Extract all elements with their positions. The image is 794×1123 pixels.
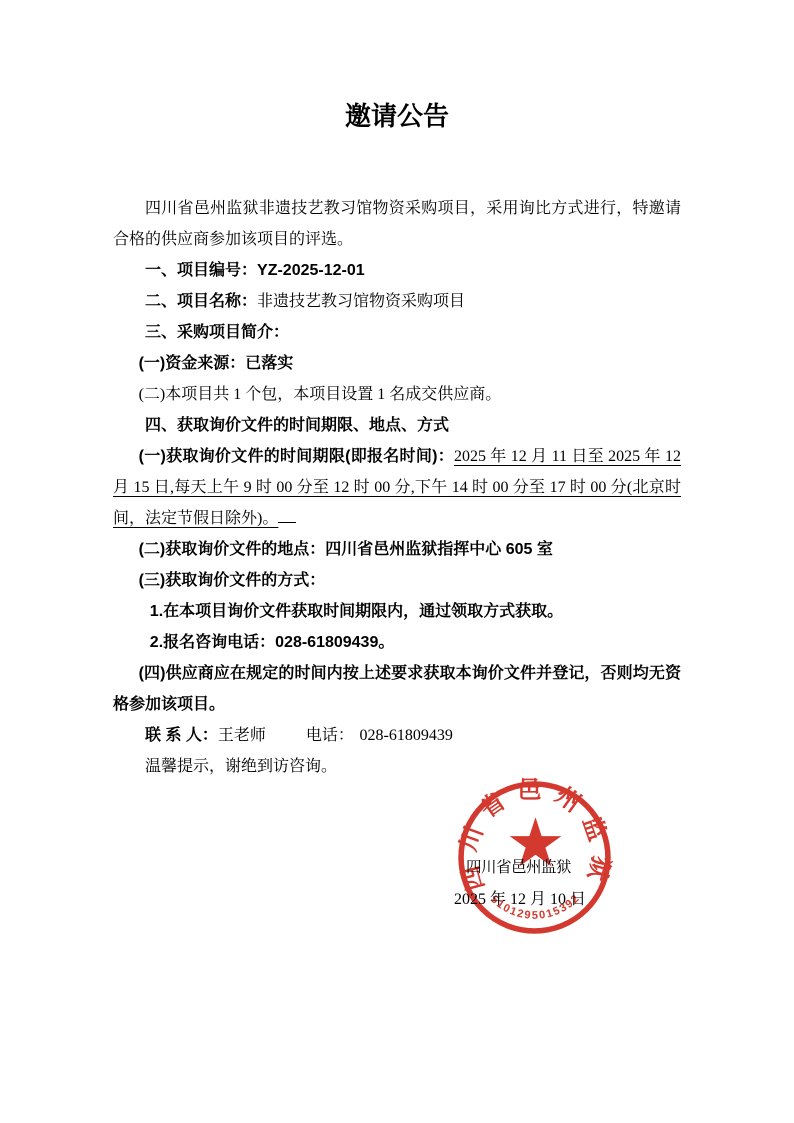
method-2-text: 2.报名咨询电话：028-61809439。 (150, 634, 395, 651)
time-period-label: (一)获取询价文件的时间期限(即报名时间)： (139, 448, 454, 465)
line-package-info: (二)本项目共 1 个包，本项目设置 1 名成交供应商。 (113, 379, 681, 410)
contact-phone-value: 028-61809439 (360, 727, 453, 744)
line-method-1: 1.在本项目询价文件获取时间期限内，通过领取方式获取。 (113, 596, 681, 627)
funding-source-text: (一)资金来源：已落实 (139, 355, 294, 372)
line-method-2: 2.报名咨询电话：028-61809439。 (113, 627, 681, 658)
project-number-label: 一、项目编号： (145, 262, 257, 279)
project-name-label: 二、项目名称： (145, 293, 257, 310)
line-project-name: 二、项目名称：非遗技艺教习馆物资采购项目 (113, 286, 681, 317)
page-title: 邀请公告 (0, 100, 794, 134)
official-seal-icon: 四川省邑州监狱 5101295015392 (454, 777, 615, 938)
contact-label: 联 系 人： (145, 727, 218, 744)
line-funding-source: (一)资金来源：已落实 (113, 348, 681, 379)
location-text: (二)获取询价文件的地点：四川省邑州监狱指挥中心 605 室 (139, 541, 553, 558)
intro-paragraph: 四川省邑州监狱非遗技艺教习馆物资采购项目，采用询比方式进行，特邀请合格的供应商参… (113, 193, 681, 255)
seal-star-icon (510, 817, 562, 866)
section4-heading: 四、获取询价文件的时间期限、地点、方式 (145, 417, 449, 434)
method-1-text: 1.在本项目询价文件获取时间期限内，通过领取方式获取。 (150, 603, 563, 620)
line-project-number: 一、项目编号：YZ-2025-12-01 (113, 255, 681, 286)
line-location: (二)获取询价文件的地点：四川省邑州监狱指挥中心 605 室 (113, 534, 681, 565)
contact-name: 王老师 (218, 727, 266, 744)
contact-phone-label: 电话： (306, 727, 354, 744)
requirement-text: (四)供应商应在规定的时间内按上述要求获取本询价文件并登记，否则均无资格参加该项… (113, 665, 681, 713)
svg-text:5101295015392: 5101295015392 (488, 892, 583, 922)
line-section4-heading: 四、获取询价文件的时间期限、地点、方式 (113, 410, 681, 441)
line-time-period: (一)获取询价文件的时间期限(即报名时间)：2025 年 12 月 11 日至 … (113, 441, 681, 534)
seal-serial-number: 5101295015392 (488, 892, 583, 922)
line-method-heading: (三)获取询价文件的方式： (113, 565, 681, 596)
section3-heading: 三、采购项目简介： (145, 324, 289, 341)
line-requirement: (四)供应商应在规定的时间内按上述要求获取本询价文件并登记，否则均无资格参加该项… (113, 658, 681, 720)
line-contact: 联 系 人：王老师电话：028-61809439 (113, 720, 681, 751)
project-name-value: 非遗技艺教习馆物资采购项目 (257, 293, 465, 310)
underline-tail (278, 508, 296, 523)
method-heading: (三)获取询价文件的方式： (139, 572, 326, 589)
document-body: 四川省邑州监狱非遗技艺教习馆物资采购项目，采用询比方式进行，特邀请合格的供应商参… (113, 193, 681, 782)
line-section3-heading: 三、采购项目简介： (113, 317, 681, 348)
project-number-value: YZ-2025-12-01 (257, 262, 365, 279)
